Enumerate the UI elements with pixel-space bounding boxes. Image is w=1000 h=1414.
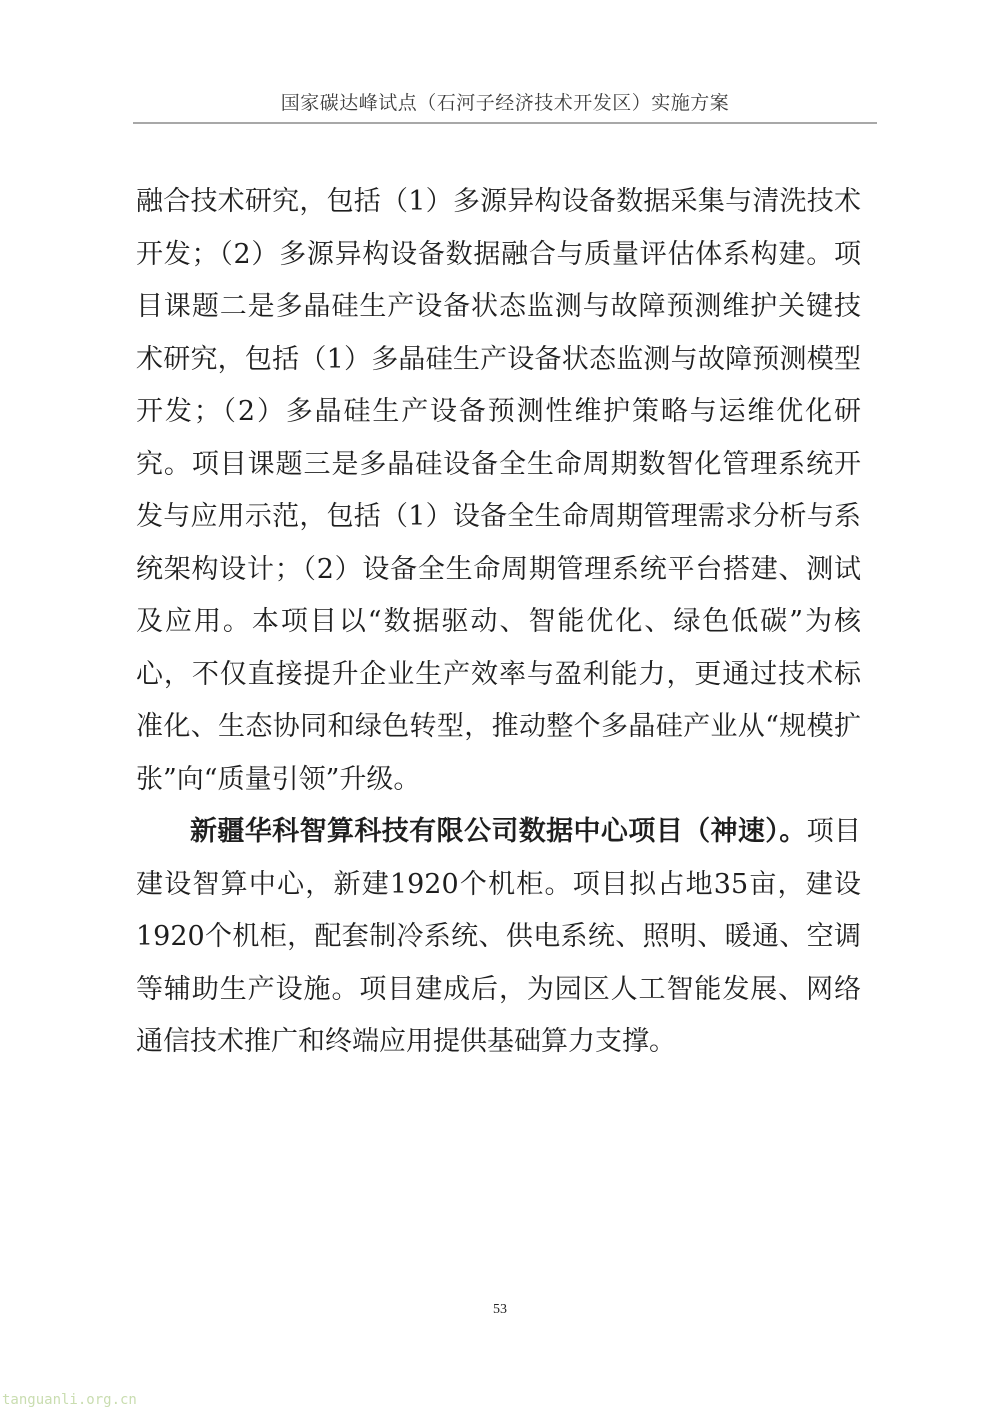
project-title: 新疆华科智算科技有限公司数据中心项目（神速）。 [190,816,807,847]
document-body: 融合技术研究，包括（1）多源异构设备数据采集与清洗技术开发；（2）多源异构设备数… [136,176,861,1069]
paragraph-datacenter-project: 新疆华科智算科技有限公司数据中心项目（神速）。项目建设智算中心，新建1920个机… [136,806,861,1069]
watermark: tanguanli.org.cn [2,1392,137,1408]
page-number: 53 [0,1302,1000,1318]
header-divider [133,122,877,124]
paragraph-continuation: 融合技术研究，包括（1）多源异构设备数据采集与清洗技术开发；（2）多源异构设备数… [136,176,861,806]
page-header-title: 国家碳达峰试点（石河子经济技术开发区）实施方案 [133,88,877,115]
project-description: 项目建设智算中心，新建1920个机柜。项目拟占地35亩，建设1920个机柜，配套… [136,816,861,1057]
